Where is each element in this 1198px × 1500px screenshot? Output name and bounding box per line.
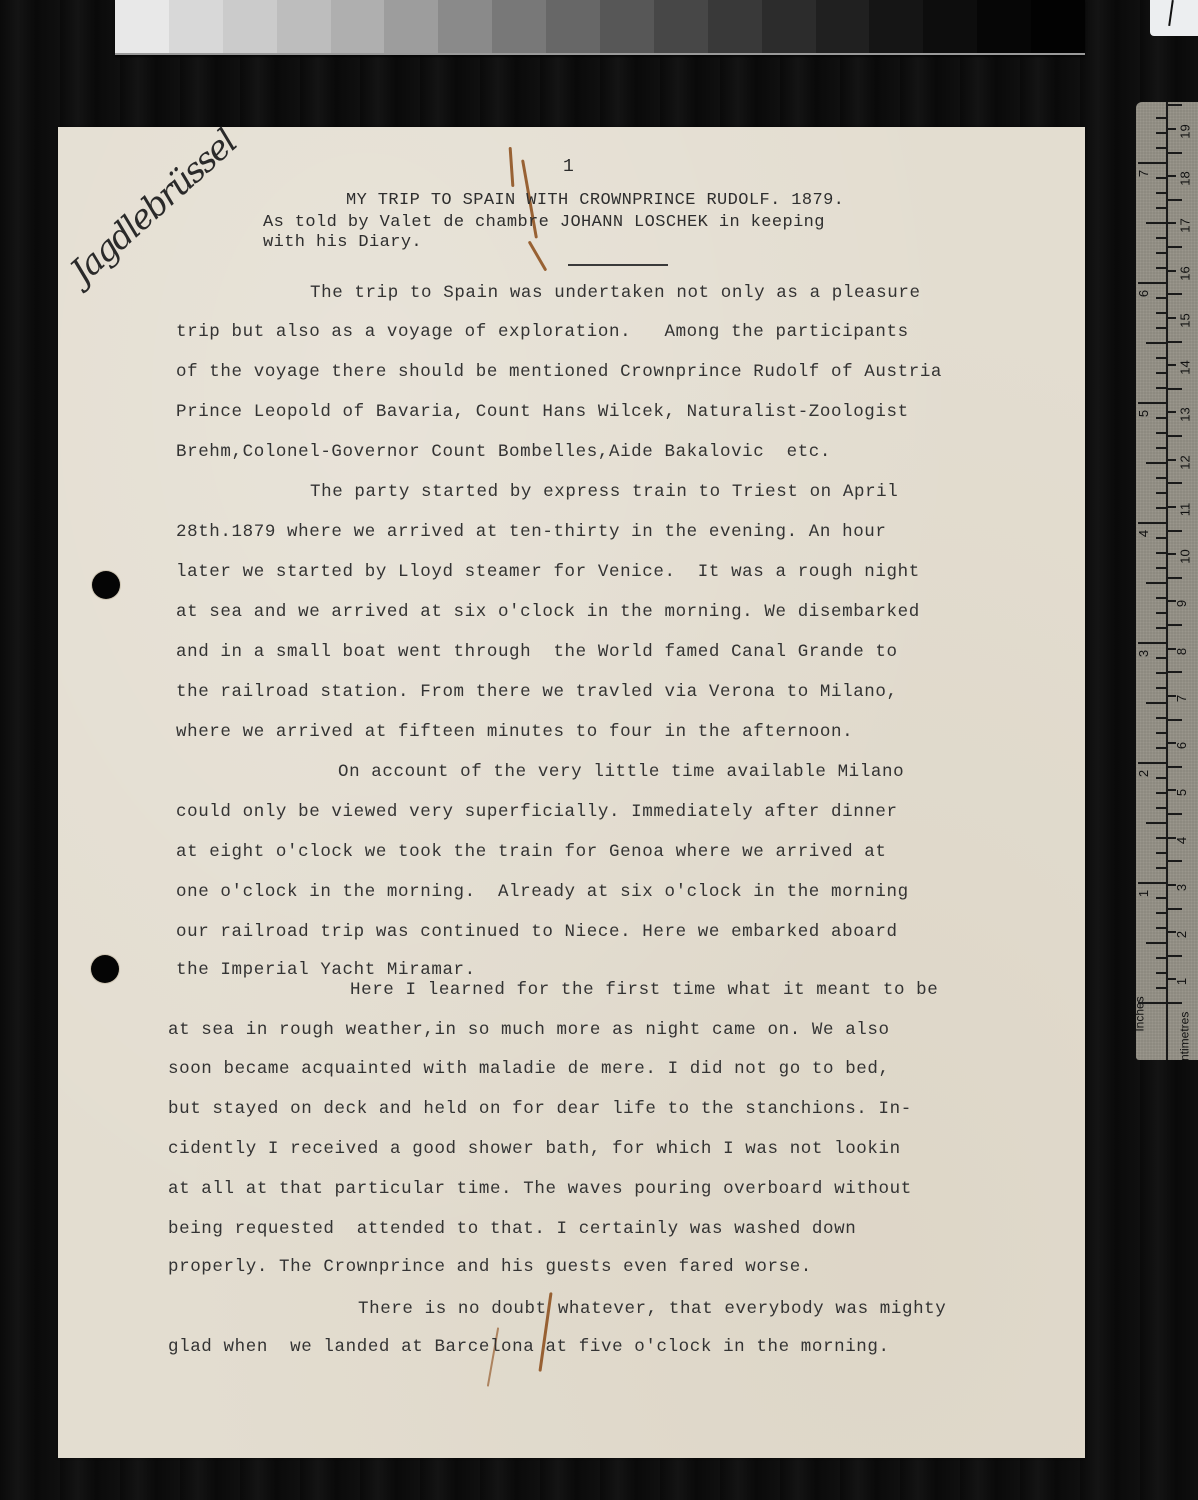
ruler-cm-label: 17	[1178, 219, 1193, 233]
ruler-inch-tick	[1138, 282, 1166, 284]
ruler-cm-label: 18	[1178, 171, 1193, 185]
document-page: Jagdlebrüssel 1 MY TRIP TO SPAIN WITH CR…	[58, 127, 1085, 1458]
body-text-line: Here I learned for the first time what i…	[350, 980, 938, 1000]
ruler-inch-label: 7	[1136, 170, 1151, 177]
ruler-inch-label: 5	[1136, 410, 1151, 417]
body-text-line: The party started by express train to Tr…	[310, 482, 898, 502]
ruler-cm-label: 19	[1178, 124, 1193, 138]
ruler-inch-tick	[1156, 972, 1166, 974]
ruler-cm-tick	[1168, 624, 1182, 626]
gray-patch	[169, 0, 223, 53]
ruler-cm-label: 2	[1174, 931, 1189, 938]
gray-patch	[600, 0, 654, 53]
ruler-cm-label: 9	[1174, 600, 1189, 607]
ruler-inch-tick	[1156, 327, 1166, 329]
corner-index-card	[1150, 0, 1198, 36]
ruler-inch-tick	[1146, 582, 1166, 584]
ruler-cm-tick	[1168, 317, 1176, 319]
gray-patch	[492, 0, 546, 53]
ruler-cm-tick	[1168, 246, 1182, 248]
ruler-cm-tick	[1168, 955, 1182, 957]
ruler-inch-tick	[1156, 987, 1166, 989]
ruler-cm-tick	[1168, 1002, 1182, 1004]
gray-patch	[546, 0, 600, 53]
gray-patch	[277, 0, 331, 53]
ruler-inch-tick	[1156, 432, 1166, 434]
ruler-cm-tick	[1168, 553, 1176, 555]
ruler-inch-tick	[1156, 552, 1166, 554]
ruler-inch-tick	[1156, 237, 1166, 239]
ruler-cm-tick	[1168, 860, 1182, 862]
punch-hole	[92, 571, 120, 599]
ruler-inch-tick	[1156, 957, 1166, 959]
ruler-inch-label: 2	[1136, 770, 1151, 777]
document-title: MY TRIP TO SPAIN WITH CROWNPRINCE RUDOLF…	[346, 191, 844, 210]
ruler-inch-tick	[1156, 177, 1166, 179]
ruler-cm-label: 1	[1174, 978, 1189, 985]
ruler-cm-tick	[1168, 341, 1182, 343]
ruler-cm-label: 11	[1177, 503, 1192, 517]
ruler-inch-tick	[1156, 927, 1166, 929]
gray-patch	[1031, 0, 1085, 53]
ruler-cm-tick	[1168, 270, 1176, 272]
ruler-inch-tick	[1156, 657, 1166, 659]
body-text-line: the Imperial Yacht Miramar.	[176, 960, 476, 980]
ruler-cm-tick	[1168, 152, 1182, 154]
gray-patch	[384, 0, 438, 53]
gray-patch	[923, 0, 977, 53]
ruler-inch-tick	[1156, 777, 1166, 779]
ruler-inch-tick	[1156, 897, 1166, 899]
ruler-inch-tick	[1156, 912, 1166, 914]
gray-patch	[331, 0, 385, 53]
ruler-inch-tick	[1156, 417, 1166, 419]
ruler-inch-tick	[1156, 117, 1166, 119]
ruler-inch-tick	[1156, 837, 1166, 839]
body-text-line: soon became acquainted with maladie de m…	[168, 1059, 890, 1079]
document-subtitle-line: with his Diary.	[263, 233, 422, 252]
document-subtitle-line: As told by Valet de chambre JOHANN LOSCH…	[263, 213, 825, 232]
ruler-cm-label: 5	[1174, 789, 1189, 796]
body-text-line: properly. The Crownprince and his guests…	[168, 1257, 812, 1277]
ruler-cm-tick	[1168, 222, 1176, 224]
ruler-inch-tick	[1156, 297, 1166, 299]
body-text-line: trip but also as a voyage of exploration…	[176, 322, 909, 342]
ruler-cm-tick	[1168, 577, 1182, 579]
ruler-cm-tick	[1168, 199, 1182, 201]
ruler-cm-tick	[1168, 293, 1182, 295]
ruler-inch-tick	[1156, 627, 1166, 629]
ruler-cm-label: 10	[1178, 549, 1193, 563]
ruler-cm-tick	[1168, 459, 1176, 461]
ruler-cm-tick	[1168, 530, 1182, 532]
body-text-line: On account of the very little time avail…	[338, 762, 904, 782]
body-text-line: The trip to Spain was undertaken not onl…	[310, 283, 921, 303]
ruler-inch-tick	[1156, 792, 1166, 794]
ruler-cm-tick	[1168, 435, 1182, 437]
ruler-inch-tick	[1156, 597, 1166, 599]
body-text-line: our railroad trip was continued to Niece…	[176, 922, 898, 942]
ruler-inch-tick	[1146, 942, 1166, 944]
ruler-inch-tick	[1156, 672, 1166, 674]
ruler-inch-tick	[1156, 507, 1166, 509]
ruler-inch-tick	[1156, 807, 1166, 809]
ruler-inch-tick	[1156, 147, 1166, 149]
ruler-inch-tick	[1156, 132, 1166, 134]
ruler-cm-tick	[1168, 813, 1182, 815]
gray-patch	[223, 0, 277, 53]
ruler-cm-tick	[1168, 104, 1182, 106]
body-text-line: one o'clock in the morning. Already at s…	[176, 882, 909, 902]
gray-patch	[816, 0, 870, 53]
ruler-cm-tick	[1168, 128, 1176, 130]
ruler-inch-tick	[1156, 492, 1166, 494]
body-text-line: glad when we landed at Barcelona at five…	[168, 1337, 890, 1357]
ruler-cm-tick	[1168, 766, 1182, 768]
ruler-inch-tick	[1156, 207, 1166, 209]
body-text-line: There is no doubt whatever, that everybo…	[358, 1299, 946, 1319]
ruler-inch-tick	[1156, 717, 1166, 719]
body-text-line: where we arrived at fifteen minutes to f…	[176, 722, 853, 742]
ruler-inch-tick	[1156, 747, 1166, 749]
body-text-line: at all at that particular time. The wave…	[168, 1179, 912, 1199]
ruler-inch-tick	[1146, 342, 1166, 344]
ruler-inch-tick	[1156, 447, 1166, 449]
ruler-cm-label: 14	[1178, 360, 1193, 374]
ruler-inch-tick	[1146, 462, 1166, 464]
body-text-line: later we started by Lloyd steamer for Ve…	[176, 562, 920, 582]
ruler-cm-tick	[1168, 482, 1182, 484]
ruler-cm-tick	[1168, 908, 1182, 910]
ruler-inch-tick	[1156, 867, 1166, 869]
ruler-inch-tick	[1156, 732, 1166, 734]
body-text-line: at sea in rough weather,in so much more …	[168, 1020, 890, 1040]
ruler-cm-tick	[1168, 671, 1182, 673]
ruler-cm-tick	[1168, 411, 1176, 413]
gray-patch	[708, 0, 762, 53]
ruler-inch-tick	[1156, 372, 1166, 374]
rust-stain	[528, 241, 548, 272]
ruler-inch-label: 4	[1136, 530, 1151, 537]
body-text-line: Brehm,Colonel-Governor Count Bombelles,A…	[176, 442, 831, 462]
body-text-line: of the voyage there should be mentioned …	[176, 362, 942, 382]
body-text-line: the railroad station. From there we trav…	[176, 682, 898, 702]
ruler-inch-tick	[1156, 192, 1166, 194]
gray-patch	[762, 0, 816, 53]
gray-patch	[115, 0, 169, 53]
ruler-inch-tick	[1156, 537, 1166, 539]
ruler-inch-tick	[1156, 852, 1166, 854]
ruler-inch-tick	[1156, 477, 1166, 479]
gray-patch	[654, 0, 708, 53]
ruler-cm-tick	[1168, 719, 1182, 721]
ruler-cm-tick	[1168, 388, 1182, 390]
ruler-cm-label: 6	[1174, 742, 1189, 749]
ruler-inch-tick	[1156, 687, 1166, 689]
ruler-inch-tick	[1156, 267, 1166, 269]
ruler-inch-tick	[1138, 522, 1166, 524]
body-text-line: and in a small boat went through the Wor…	[176, 642, 898, 662]
ruler-centimetres-label: Centimetres	[1177, 1012, 1191, 1060]
title-underline	[568, 264, 668, 266]
measurement-ruler: Inches Centimetres 123456712345678910111…	[1136, 102, 1198, 1060]
rust-stain	[509, 147, 515, 187]
ruler-inch-tick	[1156, 612, 1166, 614]
gray-patch	[869, 0, 923, 53]
ruler-cm-label: 8	[1174, 648, 1189, 655]
ruler-inch-tick	[1156, 312, 1166, 314]
ruler-inch-tick	[1138, 882, 1166, 884]
ruler-inch-tick	[1146, 222, 1166, 224]
ruler-inch-label: 3	[1136, 650, 1151, 657]
ruler-inch-tick	[1156, 567, 1166, 569]
body-text-line: could only be viewed very superficially.…	[176, 802, 898, 822]
ruler-cm-label: 3	[1174, 884, 1189, 891]
ruler-cm-label: 7	[1174, 695, 1189, 702]
ruler-cm-tick	[1168, 175, 1176, 177]
body-text-line: 28th.1879 where we arrived at ten-thirty…	[176, 522, 887, 542]
body-text-line: at sea and we arrived at six o'clock in …	[176, 602, 920, 622]
ruler-cm-label: 16	[1178, 266, 1193, 280]
page-number: 1	[563, 157, 574, 177]
ruler-inch-tick	[1146, 822, 1166, 824]
body-text-line: being requested attended to that. I cert…	[168, 1219, 856, 1239]
ruler-cm-label: 12	[1178, 455, 1193, 469]
ruler-cm-label: 15	[1178, 313, 1193, 327]
ruler-cm-tick	[1168, 506, 1176, 508]
ruler-cm-tick	[1168, 364, 1176, 366]
ruler-inch-label: 6	[1136, 290, 1151, 297]
ruler-inch-tick	[1146, 702, 1166, 704]
ruler-inch-tick	[1156, 387, 1166, 389]
gray-patch	[438, 0, 492, 53]
ruler-inch-label: 1	[1136, 890, 1151, 897]
body-text-line: Prince Leopold of Bavaria, Count Hans Wi…	[176, 402, 909, 422]
grayscale-calibration-strip	[115, 0, 1085, 55]
ruler-cm-label: 13	[1178, 408, 1193, 422]
ruler-inch-tick	[1156, 252, 1166, 254]
punch-hole	[91, 955, 119, 983]
ruler-inch-tick	[1138, 1002, 1166, 1004]
ruler-inch-tick	[1138, 162, 1166, 164]
ruler-inch-tick	[1156, 357, 1166, 359]
ruler-cm-label: 4	[1174, 837, 1189, 844]
ruler-inch-tick	[1138, 762, 1166, 764]
handwritten-annotation: Jagdlebrüssel	[63, 88, 283, 292]
ruler-inch-tick	[1138, 642, 1166, 644]
body-text-line: cidently I received a good shower bath, …	[168, 1139, 901, 1159]
pen-mark	[1168, 0, 1174, 26]
gray-patch	[977, 0, 1031, 53]
body-text-line: but stayed on deck and held on for dear …	[168, 1099, 912, 1119]
ruler-inch-tick	[1138, 402, 1166, 404]
body-text-line: at eight o'clock we took the train for G…	[176, 842, 887, 862]
